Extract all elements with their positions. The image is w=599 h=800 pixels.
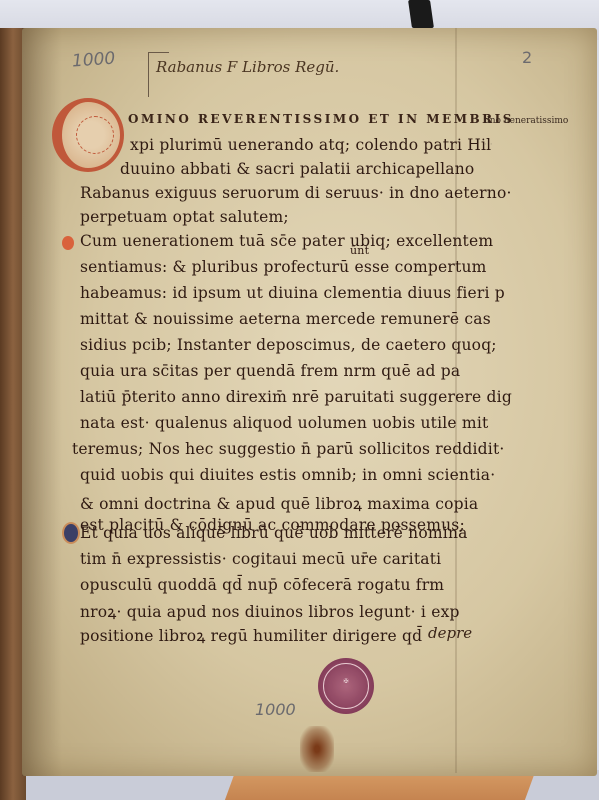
decorated-initial-d-icon (52, 98, 124, 172)
blue-initial-e-icon (62, 522, 80, 544)
text-line: nata est· qualenus aliquod uolumen uobis… (80, 414, 488, 432)
text-line: quia ura sc̄itas per quendā frem nrm quē… (80, 362, 460, 380)
text-line: tim n̄ expressistis· cogitaui mecū ur̄e … (80, 550, 441, 568)
text-line: sidius pcib; Instanter deposcimus, de ca… (80, 336, 497, 354)
text-line: duuino abbati & sacri palatii archicapel… (120, 160, 474, 178)
text-line: perpetuam optat salutem; (80, 208, 289, 226)
folio-number: 2 (522, 48, 532, 67)
text-line: opusculū quoddā qd̄ nup̄ cōfecerā rogatu… (80, 576, 444, 594)
bottom-pencil-number: 1000 (255, 700, 296, 719)
text-line: sentiamus: & pluribus profecturū esse co… (80, 258, 487, 276)
header-annotation: Rabanus F Libros Regū. (156, 58, 339, 76)
text-line: latiū p̄terito anno direxim̄ nrē paruita… (80, 388, 512, 406)
text-line: Cum uenerationem tuā sc̄e pater ubiq; ex… (80, 232, 493, 250)
text-line: nroꝝ· quia apud nos diuinos libros legun… (80, 600, 460, 622)
library-stamp-icon: ✠ (318, 658, 374, 714)
wooden-support (225, 772, 535, 800)
right-margin-note: dno ueneratissimo (484, 116, 568, 126)
text-line: Et quia uos aliquē librū quē uob mitterē… (80, 524, 468, 542)
text-line: positione libroꝝ regū humiliter dirigere… (80, 624, 422, 646)
text-line: Rabanus exiguus seruorum di seruus· in d… (80, 184, 512, 202)
text-line: habeamus: id ipsum ut diuina clementia d… (80, 284, 505, 302)
text-line: xpi plurimū uenerando atq; colendo patri… (130, 136, 491, 154)
interlinear-gloss: ūnt (350, 244, 369, 257)
red-rubric-initial-icon (62, 236, 74, 250)
incipit-line: OMINO REVERENTISSIMO ET IN MEMBRIS (128, 112, 514, 126)
text-line: teremus; Nos hec suggestio n̄ parū solli… (72, 440, 505, 458)
shelfmark-pencil: 1000 (71, 49, 116, 72)
text-line: quid uobis qui diuites estis omnib; in o… (80, 466, 495, 484)
text-line: & omni doctrina & apud quē libroꝝ maxima… (80, 492, 478, 514)
ink-stain (300, 726, 334, 772)
catchword: depre (428, 624, 472, 642)
black-strap (408, 0, 434, 28)
text-line: mittat & nouissime aeterna mercede remun… (80, 310, 491, 328)
